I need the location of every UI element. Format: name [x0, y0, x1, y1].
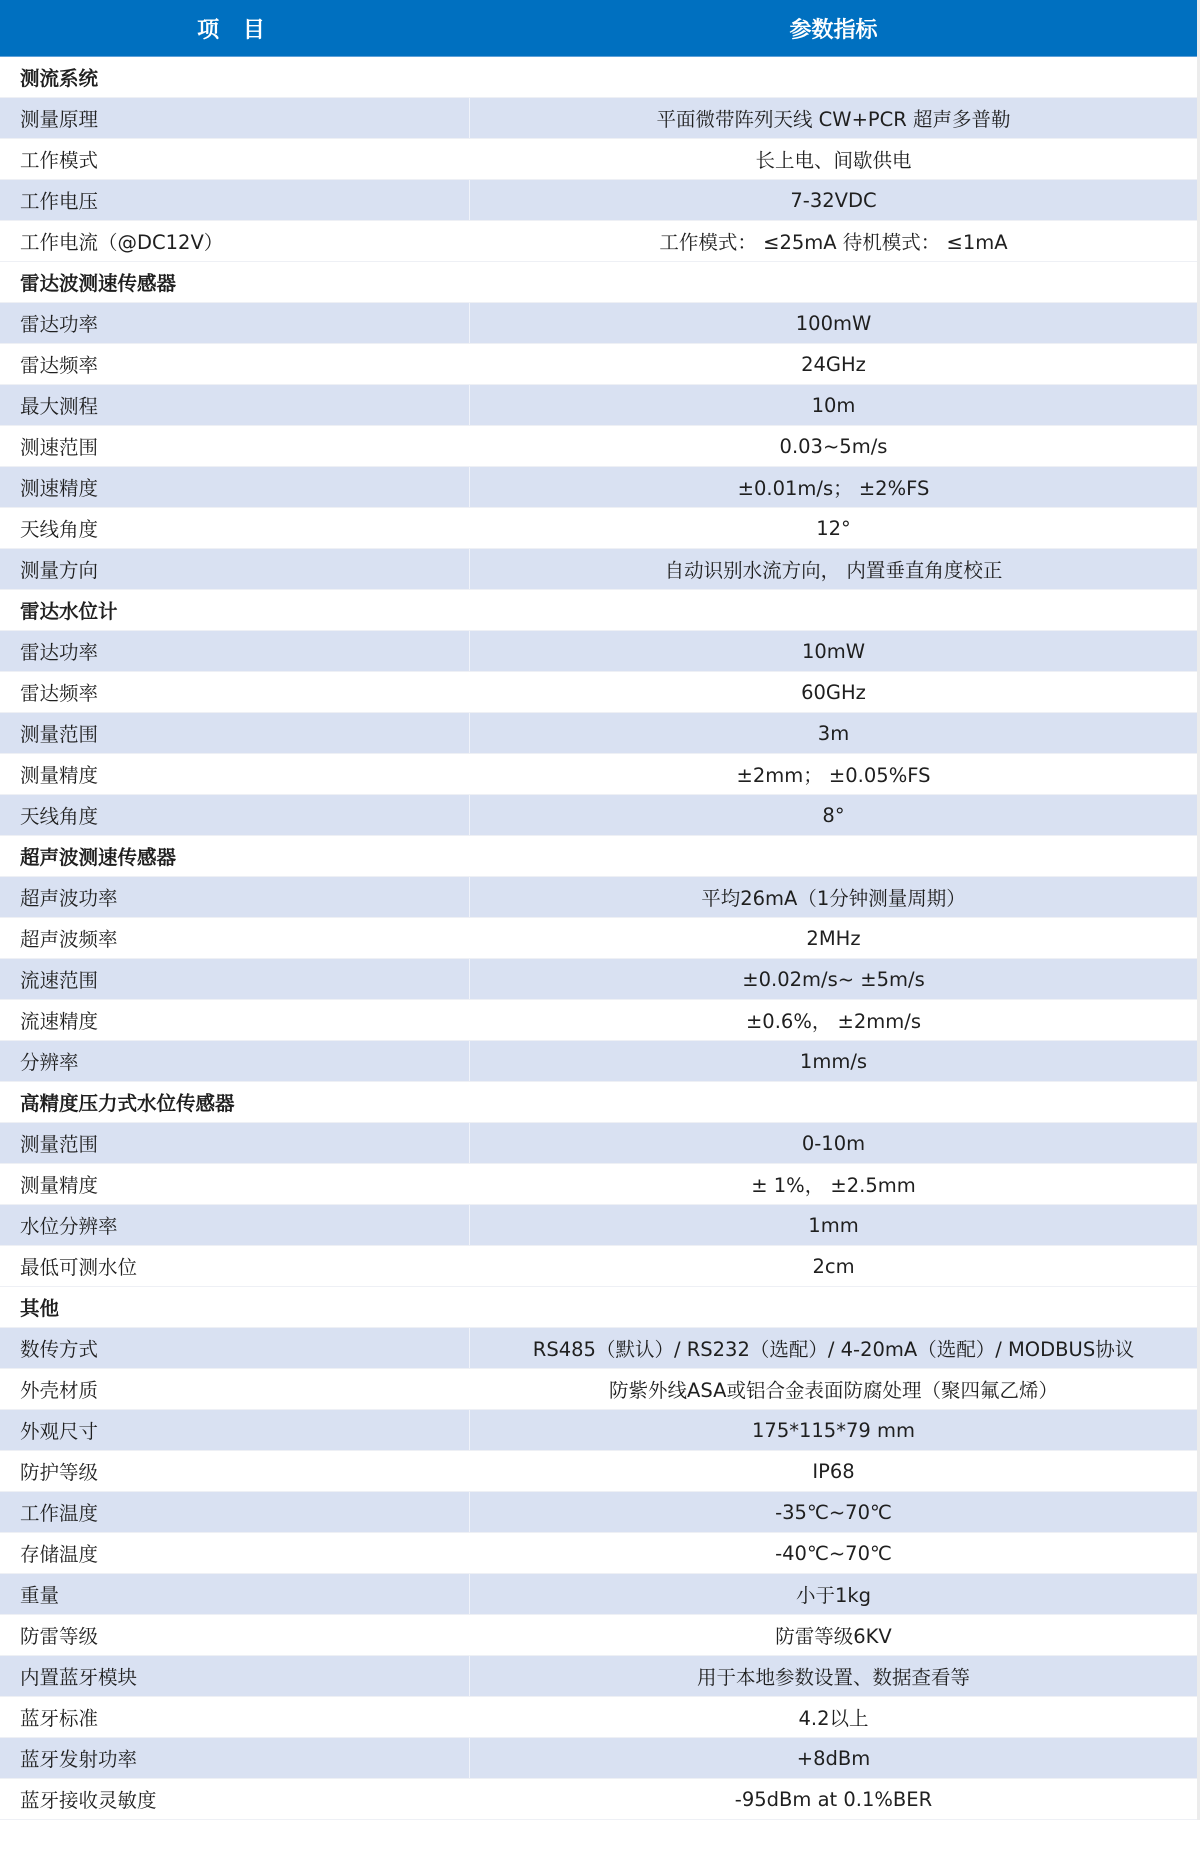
item-label: 测量精度 [0, 1164, 470, 1204]
table-row: 雷达频率60GHz [0, 672, 1197, 713]
item-label: 天线角度 [0, 508, 470, 548]
section-header-row: 高精度压力式水位传感器 [0, 1082, 1197, 1123]
table-row: 流速范围±0.02m/s~ ±5m/s [0, 959, 1197, 1000]
item-label: 雷达功率 [0, 631, 470, 671]
item-label: 工作电压 [0, 180, 470, 220]
item-value: 1mm/s [470, 1050, 1197, 1073]
section-title: 超声波测速传感器 [0, 836, 470, 876]
item-value: 用于本地参数设置、数据查看等 [470, 1662, 1197, 1690]
item-value: 0-10m [470, 1132, 1197, 1155]
item-value: 防雷等级6KV [470, 1621, 1197, 1649]
item-value: 1mm [470, 1214, 1197, 1237]
table-row: 雷达功率100mW [0, 303, 1197, 344]
section-header-row: 测流系统 [0, 57, 1197, 98]
section-header-row: 雷达水位计 [0, 590, 1197, 631]
item-label: 防护等级 [0, 1451, 470, 1491]
item-label: 测量精度 [0, 754, 470, 794]
table-row: 分辨率1mm/s [0, 1041, 1197, 1082]
section-header-row: 雷达波测速传感器 [0, 262, 1197, 303]
item-label: 工作模式 [0, 139, 470, 179]
item-value: RS485（默认）/ RS232（选配）/ 4-20mA（选配）/ MODBUS… [470, 1334, 1197, 1362]
item-value: 平均26mA（1分钟测量周期） [470, 883, 1197, 911]
item-value: 4.2以上 [470, 1703, 1197, 1731]
item-label: 流速范围 [0, 959, 470, 999]
section-title: 测流系统 [0, 57, 470, 97]
item-value: -95dBm at 0.1%BER [470, 1788, 1197, 1811]
table-row: 存储温度-40℃~70℃ [0, 1533, 1197, 1574]
item-value: 60GHz [470, 681, 1197, 704]
table-row: 测量精度±2mm； ±0.05%FS [0, 754, 1197, 795]
item-value: 长上电、间歇供电 [470, 145, 1197, 173]
section-title: 高精度压力式水位传感器 [0, 1082, 470, 1122]
item-label: 工作温度 [0, 1492, 470, 1532]
table-row: 测量原理平面微带阵列天线 CW+PCR 超声多普勒 [0, 98, 1197, 139]
item-label: 超声波频率 [0, 918, 470, 958]
item-value: 小于1kg [470, 1580, 1197, 1608]
item-value: ±0.6%， ±2mm/s [470, 1006, 1197, 1034]
item-label: 数传方式 [0, 1328, 470, 1368]
item-value: -35℃~70℃ [470, 1501, 1197, 1524]
table-row: 防护等级IP68 [0, 1451, 1197, 1492]
table-row: 天线角度8° [0, 795, 1197, 836]
item-label: 最低可测水位 [0, 1246, 470, 1286]
table-row: 工作电压7-32VDC [0, 180, 1197, 221]
item-value: 自动识别水流方向， 内置垂直角度校正 [470, 555, 1197, 583]
item-value: 8° [470, 804, 1197, 827]
item-label: 外壳材质 [0, 1369, 470, 1409]
item-label: 重量 [0, 1574, 470, 1614]
table-row: 超声波频率2MHz [0, 918, 1197, 959]
table-row: 工作电流（@DC12V）工作模式： ≤25mA 待机模式： ≤1mA [0, 221, 1197, 262]
table-row: 外壳材质防紫外线ASA或铝合金表面防腐处理（聚四氟乙烯） [0, 1369, 1197, 1410]
item-label: 测量范围 [0, 1123, 470, 1163]
section-header-row: 其他 [0, 1287, 1197, 1328]
table-row: 内置蓝牙模块用于本地参数设置、数据查看等 [0, 1656, 1197, 1697]
item-value: -40℃~70℃ [470, 1542, 1197, 1565]
section-title: 雷达水位计 [0, 590, 470, 630]
item-label: 存储温度 [0, 1533, 470, 1573]
item-label: 水位分辨率 [0, 1205, 470, 1245]
item-value: 12° [470, 517, 1197, 540]
item-label: 测量范围 [0, 713, 470, 753]
item-label: 工作电流（@DC12V） [0, 221, 470, 261]
table-row: 测速范围0.03~5m/s [0, 426, 1197, 467]
table-row: 测量范围0-10m [0, 1123, 1197, 1164]
section-title: 其他 [0, 1287, 470, 1327]
table-row: 外观尺寸175*115*79 mm [0, 1410, 1197, 1451]
item-label: 超声波功率 [0, 877, 470, 917]
table-row: 水位分辨率1mm [0, 1205, 1197, 1246]
spec-table: 项 目 参数指标 测流系统测量原理平面微带阵列天线 CW+PCR 超声多普勒工作… [0, 0, 1200, 1820]
item-label: 测量方向 [0, 549, 470, 589]
table-row: 工作模式长上电、间歇供电 [0, 139, 1197, 180]
item-label: 测量原理 [0, 98, 470, 138]
item-value: 10m [470, 394, 1197, 417]
table-row: 工作温度-35℃~70℃ [0, 1492, 1197, 1533]
item-value: 2cm [470, 1255, 1197, 1278]
item-value: 防紫外线ASA或铝合金表面防腐处理（聚四氟乙烯） [470, 1375, 1197, 1403]
item-label: 雷达功率 [0, 303, 470, 343]
section-header-row: 超声波测速传感器 [0, 836, 1197, 877]
item-label: 防雷等级 [0, 1615, 470, 1655]
item-value: ±0.01m/s； ±2%FS [470, 473, 1197, 501]
item-value: 24GHz [470, 353, 1197, 376]
table-row: 蓝牙标准4.2以上 [0, 1697, 1197, 1738]
item-label: 蓝牙接收灵敏度 [0, 1779, 470, 1819]
header-value: 参数指标 [470, 13, 1197, 44]
table-row: 蓝牙接收灵敏度-95dBm at 0.1%BER [0, 1779, 1197, 1820]
item-value: 100mW [470, 312, 1197, 335]
item-value: 10mW [470, 640, 1197, 663]
table-body: 测流系统测量原理平面微带阵列天线 CW+PCR 超声多普勒工作模式长上电、间歇供… [0, 57, 1197, 1820]
table-row: 重量小于1kg [0, 1574, 1197, 1615]
table-row: 防雷等级防雷等级6KV [0, 1615, 1197, 1656]
item-value: 3m [470, 722, 1197, 745]
table-row: 测量精度± 1%， ±2.5mm [0, 1164, 1197, 1205]
item-label: 流速精度 [0, 1000, 470, 1040]
item-label: 雷达频率 [0, 344, 470, 384]
table-row: 蓝牙发射功率+8dBm [0, 1738, 1197, 1779]
table-row: 流速精度±0.6%， ±2mm/s [0, 1000, 1197, 1041]
table-row: 天线角度12° [0, 508, 1197, 549]
item-label: 分辨率 [0, 1041, 470, 1081]
table-header: 项 目 参数指标 [0, 0, 1197, 57]
table-row: 测量范围3m [0, 713, 1197, 754]
item-label: 最大测程 [0, 385, 470, 425]
item-value: ± 1%， ±2.5mm [470, 1170, 1197, 1198]
item-value: +8dBm [470, 1747, 1197, 1770]
header-item: 项 目 [0, 13, 470, 44]
item-value: ±2mm； ±0.05%FS [470, 760, 1197, 788]
item-label: 内置蓝牙模块 [0, 1656, 470, 1696]
table-row: 最低可测水位2cm [0, 1246, 1197, 1287]
item-value: 0.03~5m/s [470, 435, 1197, 458]
item-label: 天线角度 [0, 795, 470, 835]
table-row: 数传方式RS485（默认）/ RS232（选配）/ 4-20mA（选配）/ MO… [0, 1328, 1197, 1369]
item-value: 工作模式： ≤25mA 待机模式： ≤1mA [470, 227, 1197, 255]
item-label: 蓝牙发射功率 [0, 1738, 470, 1778]
item-label: 蓝牙标准 [0, 1697, 470, 1737]
table-row: 最大测程10m [0, 385, 1197, 426]
table-row: 雷达功率10mW [0, 631, 1197, 672]
item-label: 测速范围 [0, 426, 470, 466]
item-value: ±0.02m/s~ ±5m/s [470, 968, 1197, 991]
item-value: 2MHz [470, 927, 1197, 950]
item-label: 雷达频率 [0, 672, 470, 712]
item-label: 外观尺寸 [0, 1410, 470, 1450]
item-value: 7-32VDC [470, 189, 1197, 212]
table-row: 超声波功率平均26mA（1分钟测量周期） [0, 877, 1197, 918]
item-value: IP68 [470, 1460, 1197, 1483]
table-row: 测速精度±0.01m/s； ±2%FS [0, 467, 1197, 508]
table-row: 雷达频率24GHz [0, 344, 1197, 385]
item-value: 175*115*79 mm [470, 1419, 1197, 1442]
item-value: 平面微带阵列天线 CW+PCR 超声多普勒 [470, 104, 1197, 132]
table-row: 测量方向自动识别水流方向， 内置垂直角度校正 [0, 549, 1197, 590]
item-label: 测速精度 [0, 467, 470, 507]
section-title: 雷达波测速传感器 [0, 262, 470, 302]
